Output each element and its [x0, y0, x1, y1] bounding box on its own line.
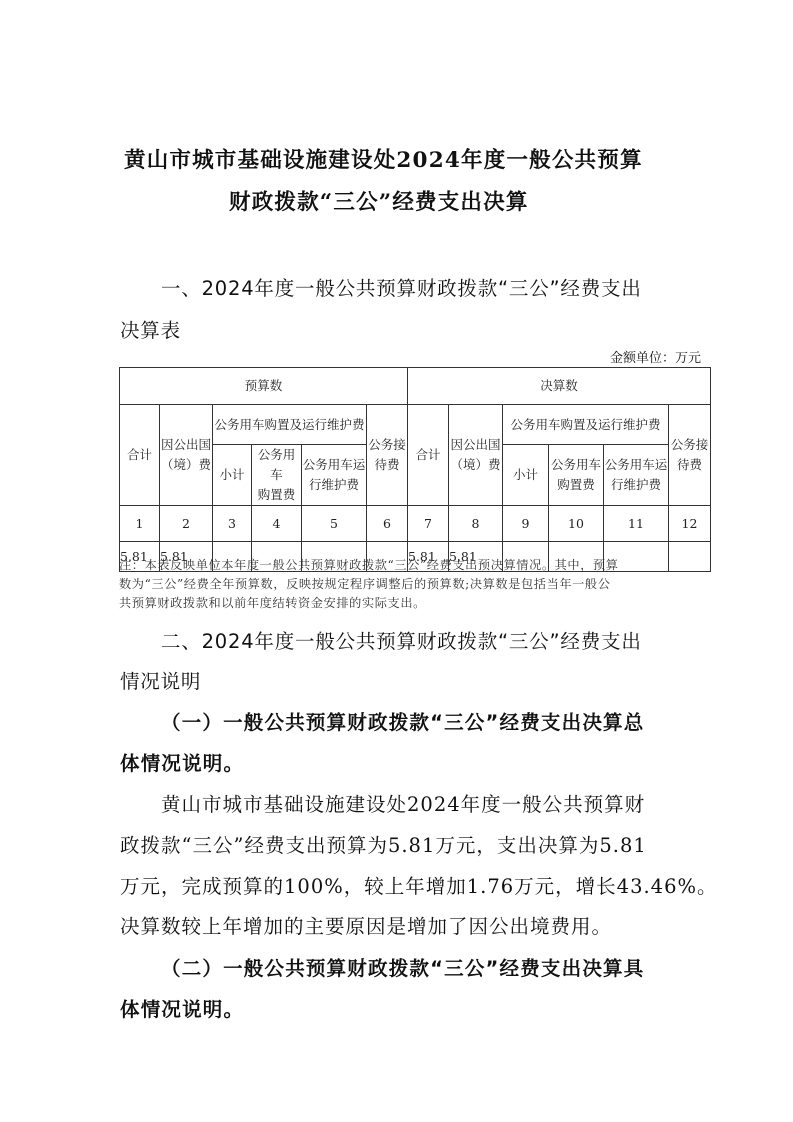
column-number: 7: [408, 506, 449, 542]
col-budget-reception: 公务接待费: [367, 405, 408, 506]
summary-paragraph-line: 万元，完成预算的100%，较上年增加1.76万元，增长43.46%。: [120, 871, 718, 899]
section1-heading: 一、2024年度一般公共预算财政拨款“三公”经费支出: [161, 273, 642, 301]
column-number: 3: [213, 506, 252, 542]
col-budget-vehicle: 公务用车购置及运行维护费: [213, 405, 367, 445]
table-note: 注：本表反映单位本年度一般公共预算财政拨款“三公”经费支出预决算情况。其中，预算…: [119, 556, 619, 613]
column-number: 1: [120, 506, 160, 542]
section2-heading-cont: 情况说明: [120, 666, 201, 694]
three-public-expenses-table: 预算数 决算数 合计 因公出国（境）费 公务用车购置及运行维护费 公务接待费 合…: [119, 367, 711, 572]
document-title-line2: 财政拨款“三公”经费支出决算: [229, 185, 529, 216]
summary-paragraph-line: 政拨款“三公”经费支出预算为5.81万元，支出决算为5.81: [120, 830, 647, 858]
column-number: 4: [252, 506, 302, 542]
column-number: 5: [302, 506, 367, 542]
note-line: 数为“三公”经费全年预算数，反映按规定程序调整后的预算数;决算数是包括当年一般公: [119, 575, 619, 594]
column-number: 9: [503, 506, 549, 542]
column-number: 11: [604, 506, 669, 542]
summary-paragraph-line: 黄山市城市基础设施建设处2024年度一般公共预算财: [161, 789, 645, 817]
cell-final-reception: [669, 542, 711, 572]
document-title-line1: 黄山市城市基础设施建设处2024年度一般公共预算: [124, 143, 643, 174]
col-budget-abroad: 因公出国（境）费: [160, 405, 213, 506]
note-line: 注：本表反映单位本年度一般公共预算财政拨款“三公”经费支出预决算情况。其中，预算: [119, 556, 619, 575]
unit-label: 金额单位：万元: [610, 347, 701, 366]
column-number: 2: [160, 506, 213, 542]
col-final-total: 合计: [408, 405, 449, 506]
column-number: 10: [549, 506, 604, 542]
col-final-operation: 公务用车运行维护费: [604, 445, 669, 506]
section1-heading-cont: 决算表: [120, 315, 181, 343]
summary-paragraph-line: 决算数较上年增加的主要原因是增加了因公出境费用。: [120, 911, 612, 939]
final-group-header: 决算数: [408, 368, 711, 405]
subsection1-heading-cont: 体情况说明。: [120, 748, 244, 776]
subsection1-heading: （一）一般公共预算财政拨款“三公”经费支出决算总: [161, 707, 644, 735]
column-number: 6: [367, 506, 408, 542]
budget-group-header: 预算数: [120, 368, 408, 405]
col-budget-total: 合计: [120, 405, 160, 506]
col-budget-operation: 公务用车运行维护费: [302, 445, 367, 506]
subsection2-heading-cont: 体情况说明。: [120, 994, 244, 1022]
col-final-subtotal: 小计: [503, 445, 549, 506]
section2-heading: 二、2024年度一般公共预算财政拨款“三公”经费支出: [161, 626, 642, 654]
subsection2-heading: （二）一般公共预算财政拨款“三公”经费支出决算具: [161, 953, 644, 981]
col-budget-subtotal: 小计: [213, 445, 252, 506]
table-header-row: 合计 因公出国（境）费 公务用车购置及运行维护费 公务接待费 合计 因公出国（境…: [120, 405, 711, 445]
column-number: 8: [449, 506, 503, 542]
col-final-reception: 公务接待费: [669, 405, 711, 506]
col-final-abroad: 因公出国（境）费: [449, 405, 503, 506]
note-line: 共预算财政拨款和以前年度结转资金安排的实际支出。: [119, 594, 619, 613]
table-group-header-row: 预算数 决算数: [120, 368, 711, 405]
col-final-purchase: 公务用车购置费: [549, 445, 604, 506]
col-budget-purchase: 公务用车购置费: [252, 445, 302, 506]
column-number: 12: [669, 506, 711, 542]
col-final-vehicle: 公务用车购置及运行维护费: [503, 405, 669, 445]
table-column-number-row: 1 2 3 4 5 6 7 8 9 10 11 12: [120, 506, 711, 542]
